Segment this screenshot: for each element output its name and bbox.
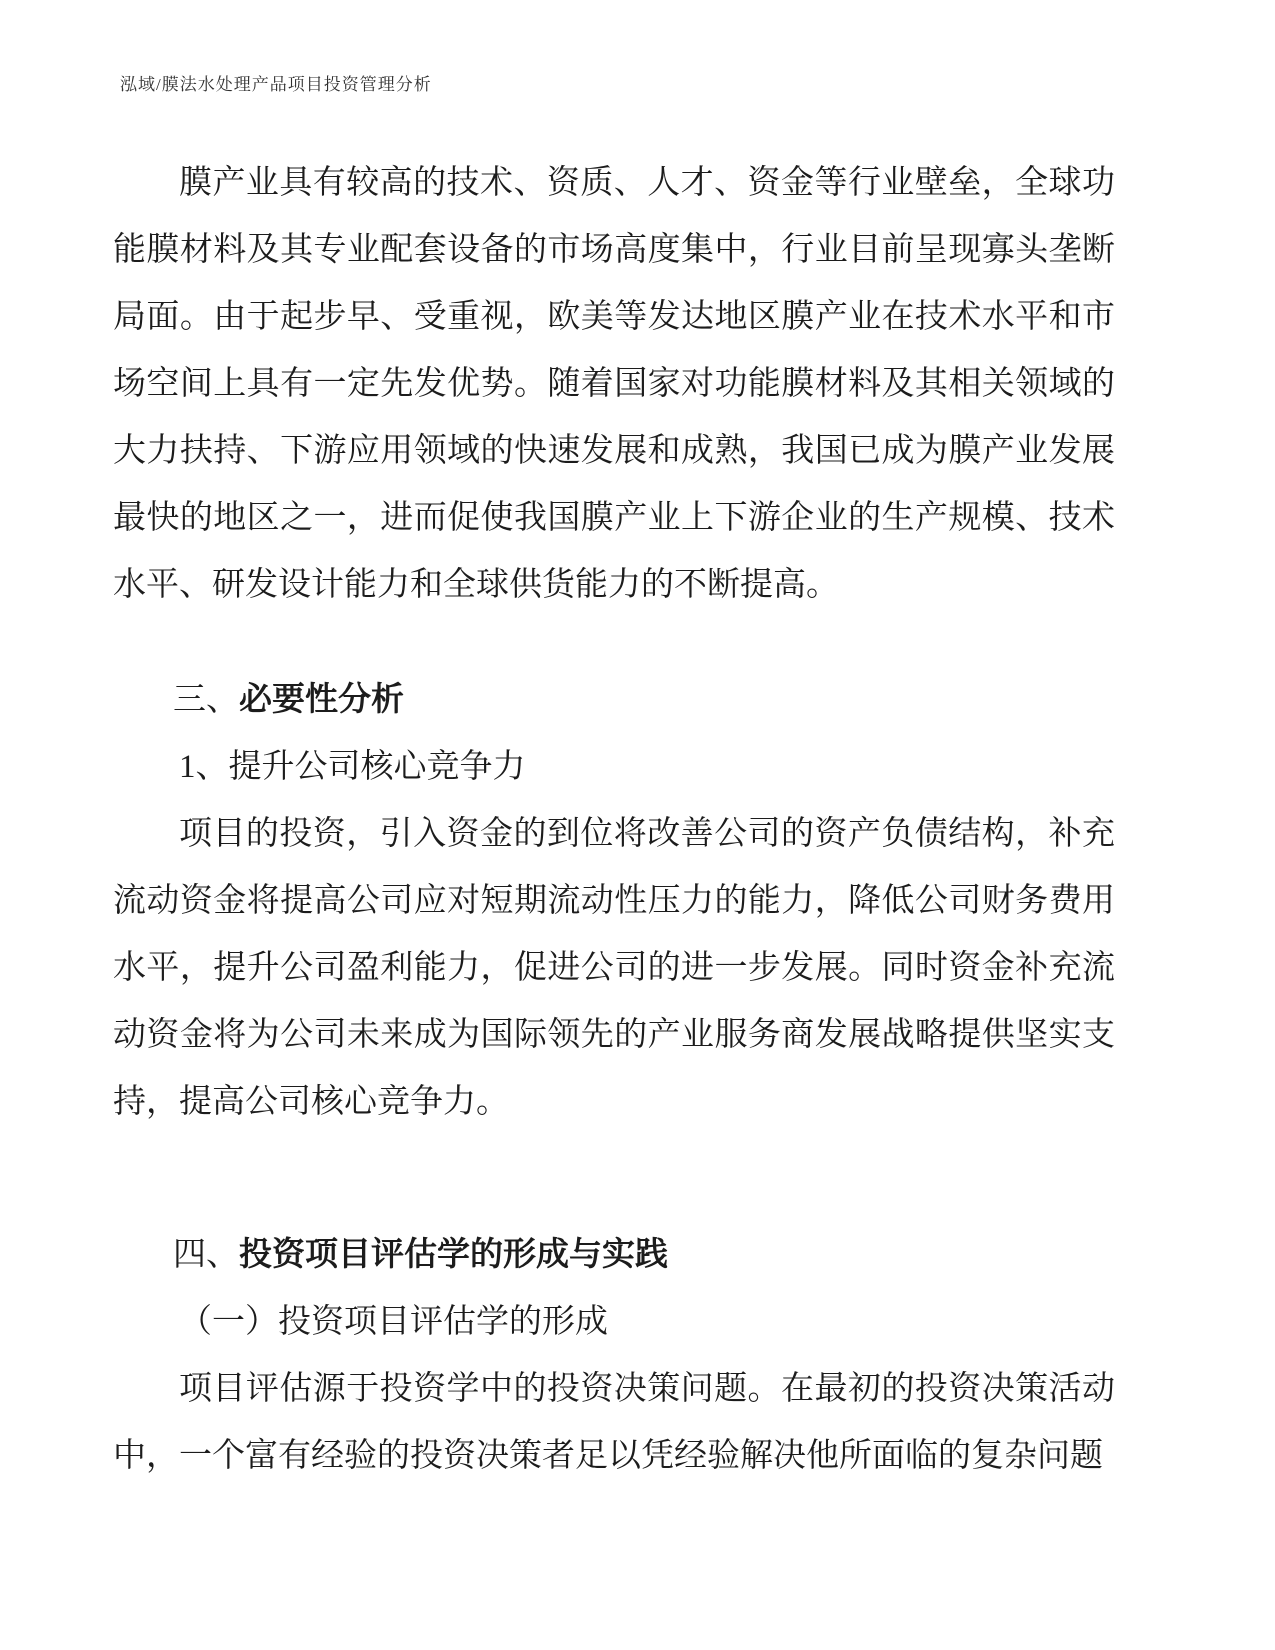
heading-title: 投资项目评估学的形成与实践 xyxy=(239,1237,668,1273)
section-heading-necessity: 三、必要性分析 xyxy=(113,667,1115,734)
heading-number: 四、 xyxy=(173,1237,239,1273)
subheading-core-competitiveness: 1、提升公司核心竞争力 xyxy=(113,734,1115,801)
paragraph-evaluation-origin: 项目评估源于投资学中的投资决策问题。在最初的投资决策活动中，一个富有经验的投资决… xyxy=(113,1356,1115,1490)
paragraph-investment-benefits: 项目的投资，引入资金的到位将改善公司的资产负债结构，补充流动资金将提高公司应对短… xyxy=(113,801,1115,1136)
heading-title: 必要性分析 xyxy=(239,682,404,718)
subheading-evaluation-formation: （一）投资项目评估学的形成 xyxy=(113,1289,1115,1356)
document-page: 泓域/膜法水处理产品项目投资管理分析 膜产业具有较高的技术、资质、人才、资金等行… xyxy=(0,0,1275,1650)
document-header: 泓域/膜法水处理产品项目投资管理分析 xyxy=(120,72,1115,98)
section-heading-evaluation: 四、投资项目评估学的形成与实践 xyxy=(113,1222,1115,1289)
paragraph-industry-overview: 膜产业具有较高的技术、资质、人才、资金等行业壁垒，全球功能膜材料及其专业配套设备… xyxy=(113,150,1115,619)
heading-number: 三、 xyxy=(173,682,239,718)
document-body: 膜产业具有较高的技术、资质、人才、资金等行业壁垒，全球功能膜材料及其专业配套设备… xyxy=(113,150,1115,1490)
header-title: 泓域/膜法水处理产品项目投资管理分析 xyxy=(120,75,432,94)
